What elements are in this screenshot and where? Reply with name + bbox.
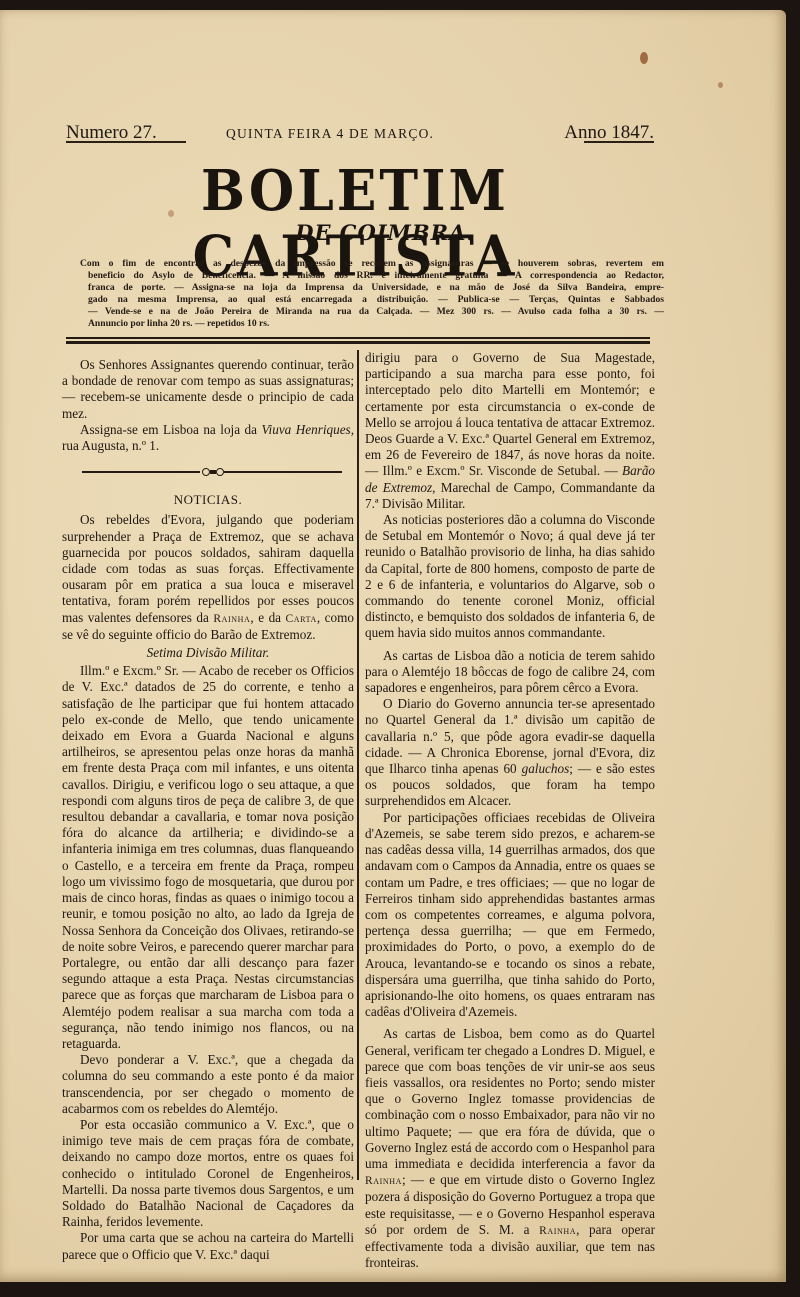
article-paragraph: As noticias posteriores dão a columna do… (365, 512, 655, 642)
article-paragraph: Illm.º e Excm.º Sr. — Acabo de receber o… (62, 663, 354, 1052)
notice-line: Annuncio por linha 20 rs. — repetidos 10… (80, 318, 664, 330)
notice-line: — Vende-se e na de João Pereira de Miran… (80, 306, 664, 318)
masthead-rule-right (584, 141, 654, 143)
notice-line: gado na mesma Imprensa, ao qual está enc… (80, 294, 664, 306)
section-heading-noticias: NOTICIAS. (62, 492, 354, 508)
article-paragraph: As cartas de Lisboa, bem como as do Quar… (365, 1026, 655, 1271)
notice-line: franca de porte. — Assigna-se na loja da… (80, 282, 664, 294)
article-subheading: Setima Divisão Militar. (62, 645, 354, 661)
subscribers-notice: Os Senhores Assignantes querendo continu… (62, 357, 354, 422)
masthead-rule-left (66, 141, 186, 143)
newspaper-page: Numero 27. QUINTA FEIRA 4 DE MARÇO. Anno… (0, 10, 786, 1282)
left-column: Os Senhores Assignantes querendo continu… (62, 357, 354, 1263)
article-paragraph: Por esta occasião communico a V. Exc.ª, … (62, 1117, 354, 1230)
article-paragraph: Por participações officiaes recebidas de… (365, 810, 655, 1021)
article-paragraph: Por uma carta que se achou na carteira d… (62, 1230, 354, 1262)
ornamental-divider (82, 462, 342, 482)
notice-line: beneficio do Asylo de Beneficencia. — A … (80, 270, 664, 282)
publication-notice: Com o fim de encontrar as despezas da im… (80, 258, 664, 330)
column-divider (357, 350, 359, 1180)
masthead-info-row: Numero 27. QUINTA FEIRA 4 DE MARÇO. Anno… (66, 122, 654, 148)
article-paragraph: dirigiu para o Governo de Sua Magestade,… (365, 350, 655, 512)
article-paragraph: As cartas de Lisboa dão a noticia de ter… (365, 648, 655, 697)
article-paragraph: O Diario do Governo annuncia ter-se apre… (365, 696, 655, 809)
article-paragraph: Os rebeldes d'Evora, julgando que poderi… (62, 512, 354, 643)
article-paragraph: Devo ponderar a V. Exc.ª, que a chegada … (62, 1052, 354, 1117)
header-double-rule (66, 337, 650, 344)
notice-line: Com o fim de encontrar as despezas da im… (80, 258, 664, 270)
paper-stain (640, 52, 648, 64)
lisboa-notice: Assigna-se em Lisboa na loja da Viuva He… (62, 422, 354, 454)
right-column: dirigiu para o Governo de Sua Magestade,… (365, 350, 655, 1271)
paper-stain (718, 82, 723, 88)
issue-date: QUINTA FEIRA 4 DE MARÇO. (226, 126, 434, 142)
newspaper-subtitle: DE COIMBRA. (70, 220, 640, 245)
